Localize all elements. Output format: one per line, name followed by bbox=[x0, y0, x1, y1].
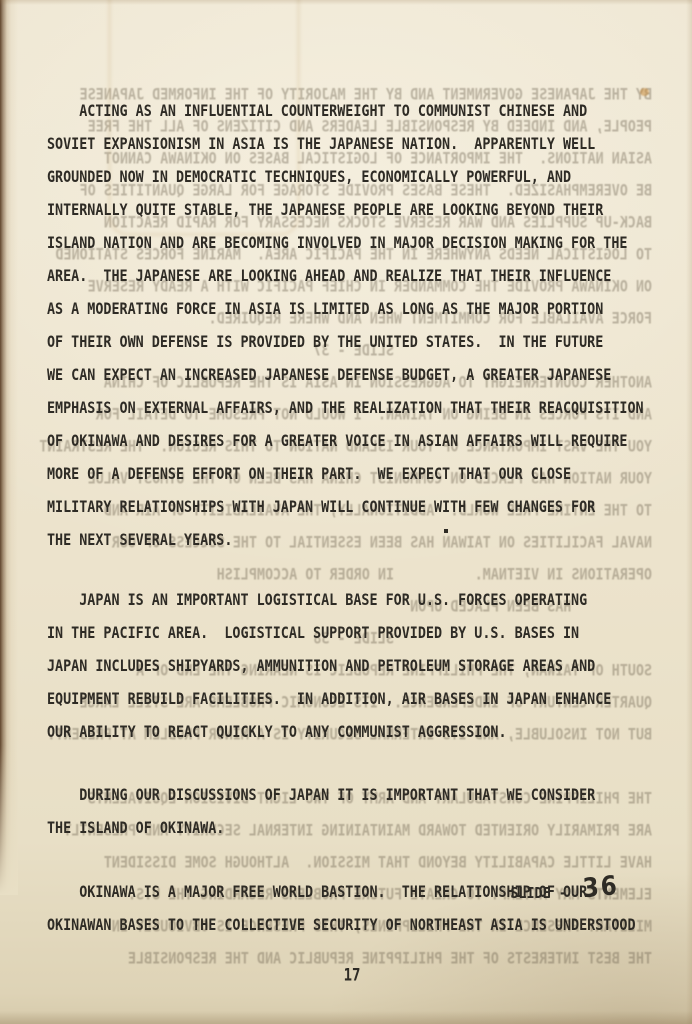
text-line: THE NEXT SEVERAL YEARS. bbox=[47, 520, 644, 560]
page-number: 17 bbox=[0, 957, 692, 996]
text-line: OKINAWAN BASES TO THE COLLECTIVE SECURIT… bbox=[47, 905, 636, 945]
page-left-edge bbox=[0, 0, 18, 895]
page-bottom-edge bbox=[0, 1011, 692, 1024]
text-line: OUR ABILITY TO REACT QUICKLY TO ANY COMM… bbox=[47, 712, 611, 752]
page-top-edge bbox=[0, 0, 692, 5]
paragraph-logistical-base: JAPAN IS AN IMPORTANT LOGISTICAL BASE FO… bbox=[47, 584, 611, 749]
slide-annotation: SLIDE -36 bbox=[462, 834, 619, 872]
typewritten-text-layer: ACTING AS AN INFLUENTIAL COUNTERWEIGHT T… bbox=[0, 0, 692, 1024]
document-page: BY THE JAPANESE GOVERNMENT AND BY THE MA… bbox=[0, 0, 692, 1024]
page-right-edge bbox=[686, 0, 692, 1024]
paragraph-okinawa-bastion: OKINAWA IS A MAJOR FREE WORLD BASTION. T… bbox=[47, 876, 636, 942]
paragraph-japan-counterweight: ACTING AS AN INFLUENTIAL COUNTERWEIGHT T… bbox=[47, 95, 644, 557]
